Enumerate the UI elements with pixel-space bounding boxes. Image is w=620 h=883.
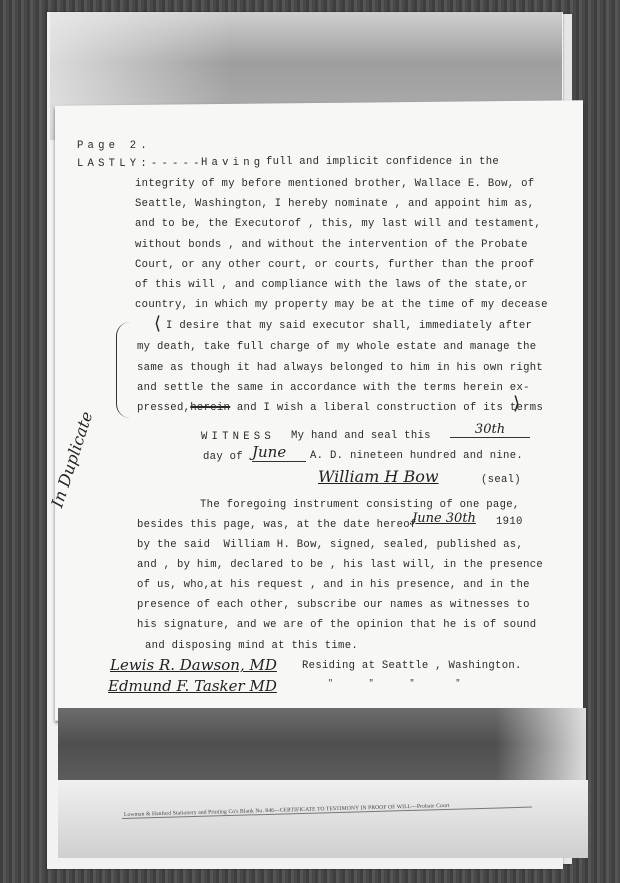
- body-line: integrity of my before mentioned brother…: [135, 178, 534, 190]
- attestation-line: presence of each other, subscribe our na…: [137, 599, 530, 611]
- lastly-label: LASTLY:-----: [77, 158, 204, 170]
- page-label: Page 2.: [77, 140, 151, 152]
- body-line: Seattle, Washington, I hereby nominate ,…: [135, 198, 534, 210]
- testator-signature: William H Bow: [318, 467, 439, 486]
- attestation-line: his signature, and we are of the opinion…: [137, 619, 536, 631]
- attestation-line: besides this page, was, at the date here…: [137, 519, 417, 531]
- attestation-date-handwritten: June 30th: [412, 511, 476, 526]
- attestation-line: The foregoing instrument consisting of o…: [200, 499, 520, 511]
- body-line: full and implicit confidence in the: [266, 156, 499, 168]
- struck-word: herein: [190, 402, 230, 414]
- seal-label: (seal): [481, 474, 521, 486]
- margin-bracket: [116, 322, 133, 418]
- month-handwritten: June: [252, 443, 306, 462]
- typed-body: Page 2. LASTLY:----- Having full and imp…: [0, 0, 13, 420]
- witness-residing-ditto: " " " ": [328, 679, 461, 688]
- open-angle-mark: ⟨: [154, 313, 161, 334]
- day-handwritten: 30th: [450, 422, 530, 438]
- body-line: and to be, the Executorof , this, my las…: [135, 218, 541, 230]
- body-line: and settle the same in accordance with t…: [137, 382, 530, 394]
- day-of-label: day of: [203, 451, 243, 463]
- body-line: without bonds , and without the interven…: [135, 239, 528, 251]
- witness-text: My hand and seal this: [291, 430, 431, 442]
- witness-2-signature: Edmund F. Tasker MD: [108, 677, 277, 695]
- witness-label: WITNESS: [201, 431, 275, 443]
- body-line-final: pressed,herein and I wish a liberal cons…: [137, 402, 543, 414]
- body-line: same as though it had always belonged to…: [137, 362, 543, 374]
- terms-text: and I wish a liberal construction of its…: [230, 402, 543, 414]
- body-line: I desire that my said executor shall, im…: [166, 320, 532, 332]
- close-angle-mark: ⟩: [513, 393, 520, 414]
- attestation-line: and , by him, declared to be , his last …: [137, 559, 543, 571]
- year-text: A. D. nineteen hundred and nine.: [310, 450, 523, 462]
- witness-1-signature: Lewis R. Dawson, MD: [110, 656, 277, 674]
- pressed-text: pressed,: [137, 402, 190, 414]
- attestation-line: by the said William H. Bow, signed, seal…: [137, 539, 523, 551]
- footer-strip: Lowman & Hanford Stationery and Printing…: [58, 780, 588, 858]
- bottom-fold-shadow: [58, 708, 586, 780]
- attestation-line: and disposing mind at this time.: [145, 640, 358, 652]
- attestation-year: 1910: [496, 516, 523, 528]
- body-line: Court, or any other court, or courts, fu…: [135, 259, 534, 271]
- witness-residing: Residing at Seattle , Washington.: [302, 660, 522, 672]
- body-line: country, in which my property may be at …: [135, 299, 548, 311]
- having-label: Having: [201, 157, 264, 169]
- attestation-line: of us, who,at his request , and in his p…: [137, 579, 530, 591]
- body-line: of this will , and compliance with the l…: [135, 279, 528, 291]
- body-line: my death, take full charge of my whole e…: [137, 341, 536, 353]
